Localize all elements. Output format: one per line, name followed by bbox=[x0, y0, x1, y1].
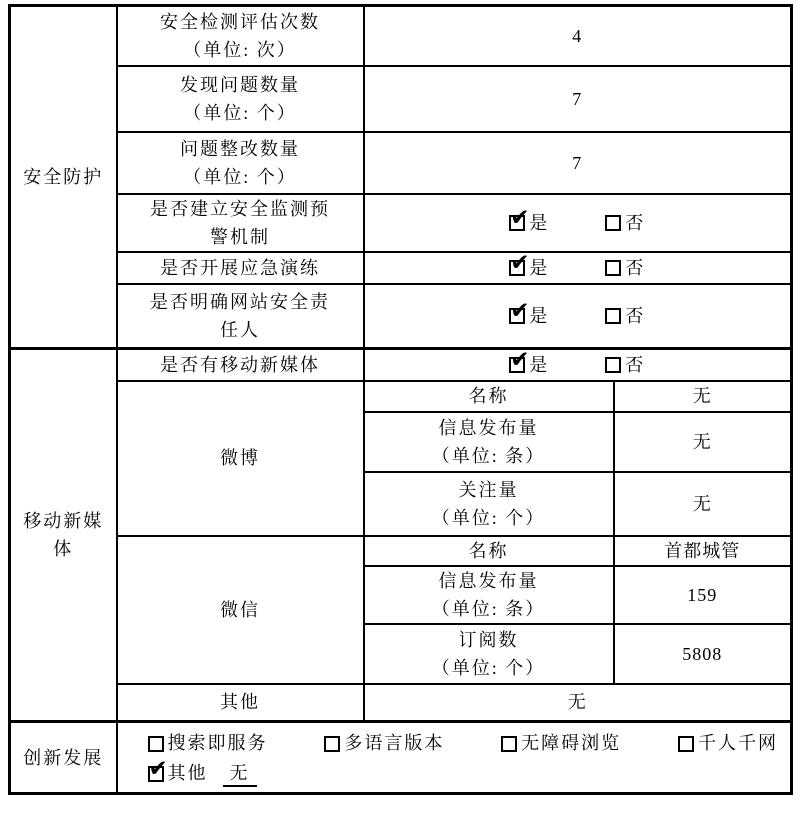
other-value-underlined: 无 bbox=[223, 761, 257, 787]
category-cell-mobile-media: 移动新媒体 bbox=[10, 349, 117, 722]
sub-label-wechat-subscribers: 订阅数 （单位: 个） bbox=[364, 624, 614, 684]
checkbox-checked-icon bbox=[148, 766, 164, 782]
yesno-cell-security-responsible: 是 否 bbox=[364, 284, 792, 349]
checkbox-unchecked-icon bbox=[605, 308, 621, 324]
report-table: 安全防护 安全检测评估次数 （单位: 次） 4 发现问题数量 （单位: 个） 7… bbox=[8, 4, 793, 795]
no-option: 否 bbox=[605, 254, 645, 282]
option-label: 多语言版本 bbox=[344, 729, 444, 758]
yes-option: 是 bbox=[509, 302, 549, 330]
category-cell-innovation: 创新发展 bbox=[10, 722, 117, 794]
row-label-unit: （单位: 条） bbox=[365, 442, 613, 470]
row-label-security-checks: 安全检测评估次数 （单位: 次） bbox=[117, 6, 364, 66]
row-label-text: 信息发布量 bbox=[365, 414, 613, 442]
value-weibo-name: 无 bbox=[614, 381, 792, 412]
yes-label: 是 bbox=[529, 254, 549, 282]
row-label-unit: （单位: 条） bbox=[365, 595, 613, 623]
group-cell-wechat: 微信 bbox=[117, 536, 364, 684]
checkbox-unchecked-icon bbox=[501, 736, 517, 752]
no-label: 否 bbox=[625, 302, 645, 330]
table-row: 微博 名称 无 bbox=[10, 381, 792, 412]
value-weibo-followers: 无 bbox=[614, 472, 792, 536]
checkbox-checked-icon bbox=[509, 215, 525, 231]
option-label: 搜索即服务 bbox=[168, 729, 268, 758]
row-value-issues-found: 7 bbox=[364, 66, 792, 132]
table-row: 创新发展 搜索即服务 多语言版本 无障碍浏览 千人千网 其他 无 bbox=[10, 722, 792, 794]
row-label-text: 安全检测评估次数 bbox=[142, 8, 339, 36]
table-row: 发现问题数量 （单位: 个） 7 bbox=[10, 66, 792, 132]
table-row: 安全防护 安全检测评估次数 （单位: 次） 4 bbox=[10, 6, 792, 66]
value-wechat-subscribers: 5808 bbox=[614, 624, 792, 684]
yesno-cell-warning-mechanism: 是 否 bbox=[364, 194, 792, 252]
row-label-emergency-drill: 是否开展应急演练 bbox=[117, 252, 364, 284]
checkbox-unchecked-icon bbox=[605, 357, 621, 373]
checkbox-unchecked-icon bbox=[605, 215, 621, 231]
row-label-issues-found: 发现问题数量 （单位: 个） bbox=[117, 66, 364, 132]
yes-option: 是 bbox=[509, 351, 549, 379]
no-label: 否 bbox=[625, 209, 645, 237]
yes-option: 是 bbox=[509, 209, 549, 237]
table-row: 是否建立安全监测预警机制 是 否 bbox=[10, 194, 792, 252]
row-label-unit: （单位: 个） bbox=[142, 163, 339, 191]
value-other-media: 无 bbox=[364, 684, 792, 722]
checkbox-checked-icon bbox=[509, 357, 525, 373]
yesno-cell-has-new-media: 是 否 bbox=[364, 349, 792, 381]
innovation-options-cell: 搜索即服务 多语言版本 无障碍浏览 千人千网 其他 无 bbox=[117, 722, 792, 794]
yes-option: 是 bbox=[509, 254, 549, 282]
checkbox-checked-icon bbox=[509, 260, 525, 276]
checkbox-unchecked-icon bbox=[678, 736, 694, 752]
value-wechat-name: 首都城管 bbox=[614, 536, 792, 566]
no-label: 否 bbox=[625, 351, 645, 379]
option-label: 无障碍浏览 bbox=[521, 729, 621, 758]
option-personalized-web: 千人千网 bbox=[678, 729, 778, 758]
yes-label: 是 bbox=[529, 302, 549, 330]
table-row: 是否开展应急演练 是 否 bbox=[10, 252, 792, 284]
row-label-other-media: 其他 bbox=[117, 684, 364, 722]
option-other: 其他 bbox=[148, 759, 208, 788]
sub-label-weibo-followers: 关注量 （单位: 个） bbox=[364, 472, 614, 536]
group-cell-weibo: 微博 bbox=[117, 381, 364, 536]
row-label-text: 问题整改数量 bbox=[142, 135, 339, 163]
row-label-issues-fixed: 问题整改数量 （单位: 个） bbox=[117, 132, 364, 194]
checkbox-checked-icon bbox=[509, 308, 525, 324]
checkbox-unchecked-icon bbox=[324, 736, 340, 752]
row-label-unit: （单位: 个） bbox=[142, 99, 339, 127]
checkbox-unchecked-icon bbox=[605, 260, 621, 276]
row-value-security-checks: 4 bbox=[364, 6, 792, 66]
value-wechat-posts: 159 bbox=[614, 566, 792, 624]
yes-label: 是 bbox=[529, 209, 549, 237]
row-label-warning-mechanism: 是否建立安全监测预警机制 bbox=[117, 194, 364, 252]
option-label: 千人千网 bbox=[698, 729, 778, 758]
no-option: 否 bbox=[605, 302, 645, 330]
row-label-text: 发现问题数量 bbox=[142, 71, 339, 99]
row-label-text: 订阅数 bbox=[365, 626, 613, 654]
innovation-options-line: 搜索即服务 多语言版本 无障碍浏览 千人千网 bbox=[148, 729, 779, 758]
table-row: 其他 无 bbox=[10, 684, 792, 722]
no-label: 否 bbox=[625, 254, 645, 282]
row-label-has-new-media: 是否有移动新媒体 bbox=[117, 349, 364, 381]
table-row: 微信 名称 首都城管 bbox=[10, 536, 792, 566]
sub-label-wechat-posts: 信息发布量 （单位: 条） bbox=[364, 566, 614, 624]
row-label-unit: （单位: 个） bbox=[365, 654, 613, 682]
category-cell-security: 安全防护 bbox=[10, 6, 117, 349]
checkbox-unchecked-icon bbox=[148, 736, 164, 752]
sub-label-weibo-posts: 信息发布量 （单位: 条） bbox=[364, 412, 614, 472]
sub-label-wechat-name: 名称 bbox=[364, 536, 614, 566]
table-row: 移动新媒体 是否有移动新媒体 是 否 bbox=[10, 349, 792, 381]
row-label-unit: （单位: 个） bbox=[365, 504, 613, 532]
row-value-issues-fixed: 7 bbox=[364, 132, 792, 194]
row-label-security-responsible: 是否明确网站安全责任人 bbox=[117, 284, 364, 349]
yesno-cell-emergency-drill: 是 否 bbox=[364, 252, 792, 284]
no-option: 否 bbox=[605, 351, 645, 379]
yes-label: 是 bbox=[529, 351, 549, 379]
innovation-other-line: 其他 无 bbox=[148, 759, 779, 788]
table-row: 是否明确网站安全责任人 是 否 bbox=[10, 284, 792, 349]
row-label-text: 关注量 bbox=[365, 476, 613, 504]
table-row: 问题整改数量 （单位: 个） 7 bbox=[10, 132, 792, 194]
option-multilingual: 多语言版本 bbox=[324, 729, 444, 758]
sub-label-weibo-name: 名称 bbox=[364, 381, 614, 412]
option-accessibility: 无障碍浏览 bbox=[501, 729, 621, 758]
row-label-unit: （单位: 次） bbox=[142, 36, 339, 64]
value-weibo-posts: 无 bbox=[614, 412, 792, 472]
option-label: 其他 bbox=[168, 759, 208, 788]
no-option: 否 bbox=[605, 209, 645, 237]
row-label-text: 信息发布量 bbox=[365, 567, 613, 595]
